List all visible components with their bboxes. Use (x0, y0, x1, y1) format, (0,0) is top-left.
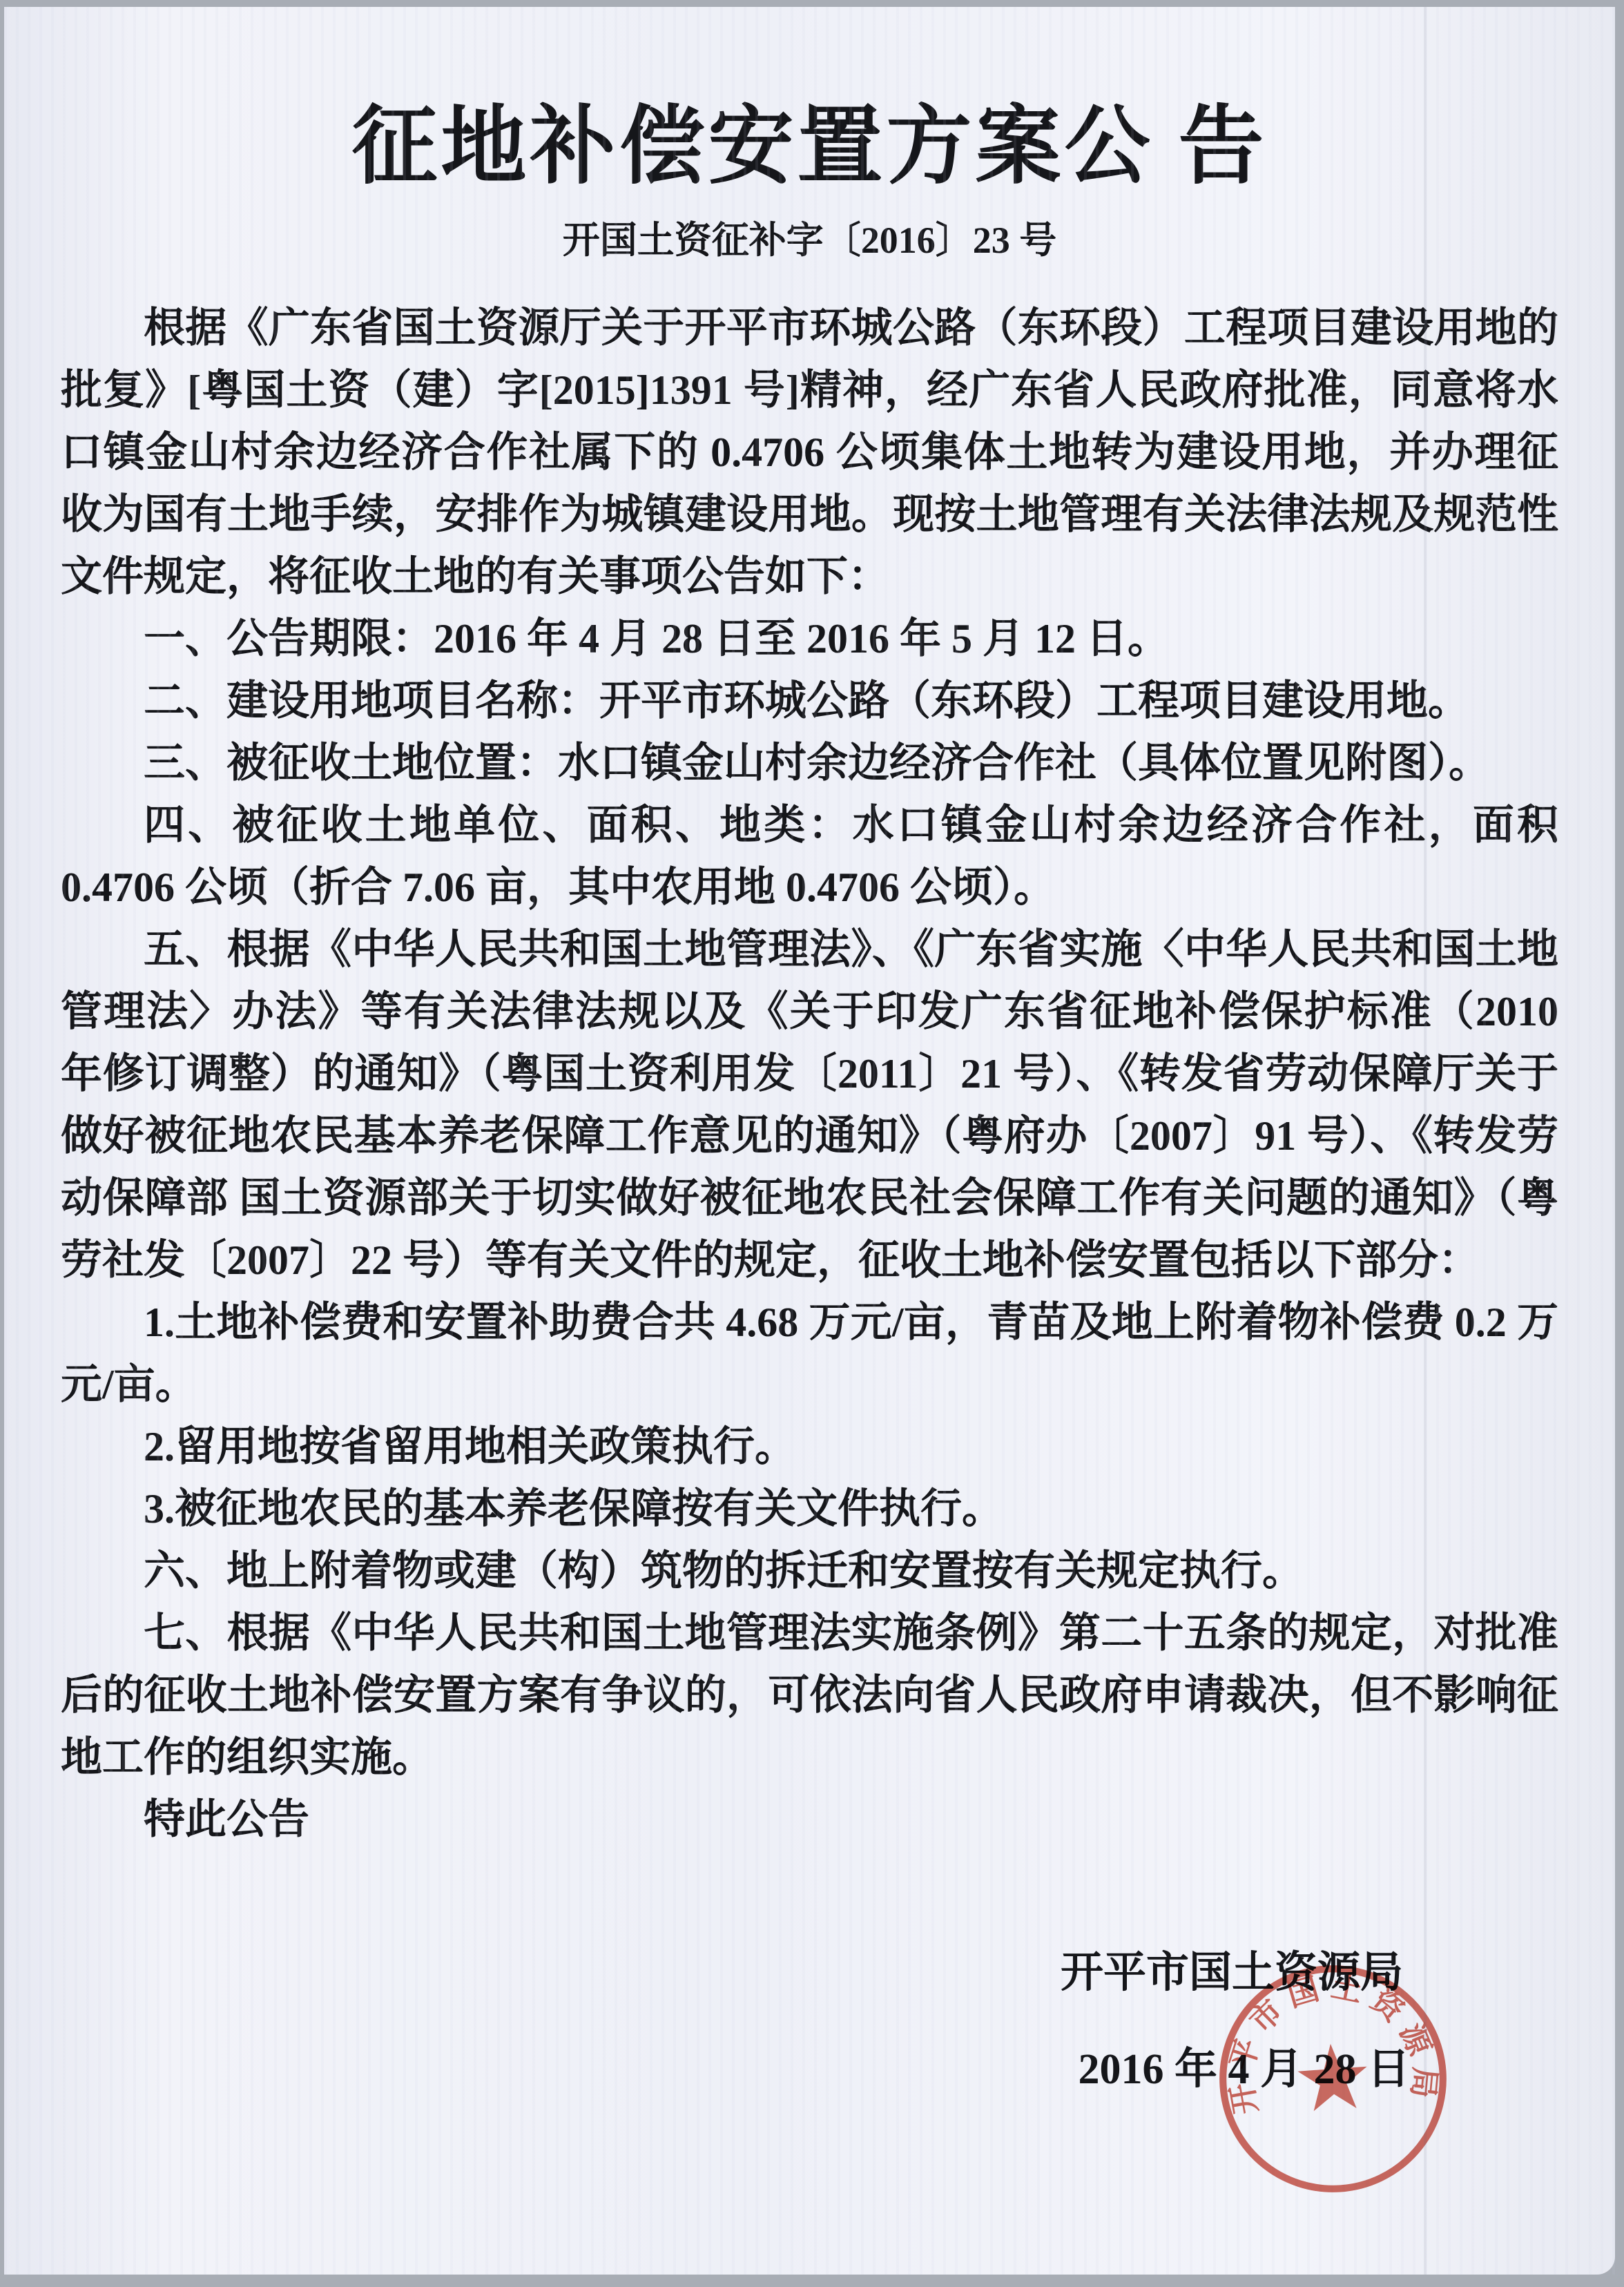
official-seal: 开平市国土资源局 (1206, 1951, 1460, 2206)
paragraph-item-2: 二、建设用地项目名称：开平市环城公路（东环段）工程项目建设用地。 (61, 670, 1558, 732)
scanned-document: { "document": { "title": "征地补偿安置方案公 告", … (0, 0, 1624, 2287)
paragraph-item-5-1: 1.土地补偿费和安置补助费合共 4.68 万元/亩，青苗及地上附着物补偿费 0.… (61, 1291, 1558, 1416)
document-page: 征地补偿安置方案公 告 开国土资征补字〔2016〕23 号 根据《广东省国土资源… (4, 7, 1615, 2275)
paragraph-item-5-3: 3.被征地农民的基本养老保障按有关文件执行。 (61, 1478, 1558, 1540)
page-title: 征地补偿安置方案公 告 (61, 90, 1558, 204)
paragraph-item-6: 六、地上附着物或建（构）筑物的拆迁和安置按有关规定执行。 (61, 1540, 1558, 1602)
paragraph-item-7: 七、根据《中华人民共和国土地管理法实施条例》第二十五条的规定，对批准后的征收土地… (61, 1602, 1558, 1788)
star-icon (1296, 2041, 1370, 2112)
document-body: 根据《广东省国土资源厅关于开平市环城公路（东环段）工程项目建设用地的批复》[粤国… (61, 297, 1558, 1851)
document-number: 开国土资征补字〔2016〕23 号 (61, 216, 1558, 264)
closing-statement: 特此公告 (61, 1788, 1558, 1851)
paragraph-item-5: 五、根据《中华人民共和国土地管理法》、《广东省实施〈中华人民共和国土地管理法〉办… (61, 918, 1558, 1291)
paragraph-intro: 根据《广东省国土资源厅关于开平市环城公路（东环段）工程项目建设用地的批复》[粤国… (61, 297, 1558, 608)
paragraph-item-3: 三、被征收土地位置：水口镇金山村余边经济合作社（具体位置见附图）。 (61, 732, 1558, 794)
paragraph-item-5-2: 2.留用地按省留用地相关政策执行。 (61, 1416, 1558, 1478)
issuing-authority: 开平市国土资源局 (61, 1947, 1403, 1999)
issue-date: 2016 年 4 月 28 日 (61, 2044, 1410, 2096)
paragraph-item-1: 一、公告期限：2016 年 4 月 28 日至 2016 年 5 月 12 日。 (61, 608, 1558, 670)
paragraph-item-4: 四、被征收土地单位、面积、地类：水口镇金山村余边经济合作社，面积 0.4706 … (61, 794, 1558, 918)
seal-org-text: 开平市国土资源局 (1216, 1961, 1445, 2123)
